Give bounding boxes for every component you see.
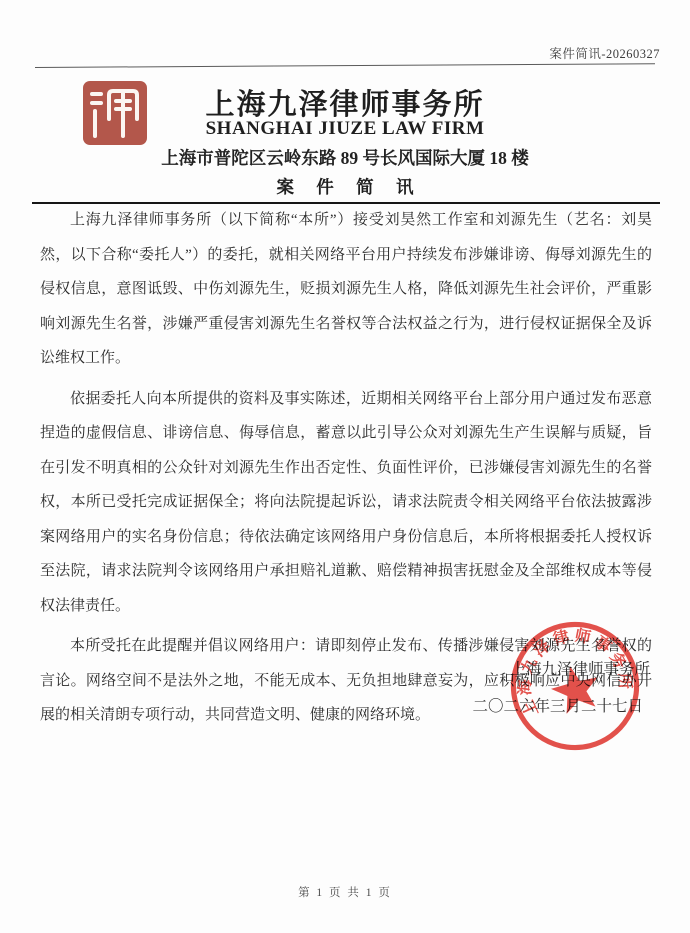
body-paragraph-2: 依据委托人向本所提供的资料及事实陈述，近期相关网络平台上部分用户通过发布恶意捏造… — [40, 382, 652, 624]
signature-date: 二〇二六年三月二十七日 — [472, 697, 650, 716]
document-body: 上海九泽律师事务所（以下简称“本所”）接受刘昊然工作室和刘源先生（艺名：刘昊然，… — [40, 203, 652, 733]
document-title: 案 件 简 讯 — [0, 174, 690, 199]
page-number: 第 1 页 共 1 页 — [0, 884, 690, 900]
signature-firm-name: 上海九泽律师事务所 — [472, 660, 650, 679]
document-ref-number: 案件简讯-20260327 — [549, 44, 660, 62]
scanned-legal-document-page: 案件简讯-20260327 上海九泽律师事务所 SHANGHAI JIUZE L… — [0, 0, 690, 933]
firm-name-chinese: 上海九泽律师事务所 — [0, 82, 690, 123]
signature-block: 上海九泽律师事务所 二〇二六年三月二十七日 — [472, 660, 650, 716]
firm-name-english: SHANGHAI JIUZE LAW FIRM — [0, 118, 690, 140]
header-divider-line — [35, 63, 655, 68]
body-paragraph-1: 上海九泽律师事务所（以下简称“本所”）接受刘昊然工作室和刘源先生（艺名：刘昊然，… — [40, 203, 652, 376]
firm-address: 上海市普陀区云岭东路 89 号长风国际大厦 18 楼 — [0, 145, 690, 170]
